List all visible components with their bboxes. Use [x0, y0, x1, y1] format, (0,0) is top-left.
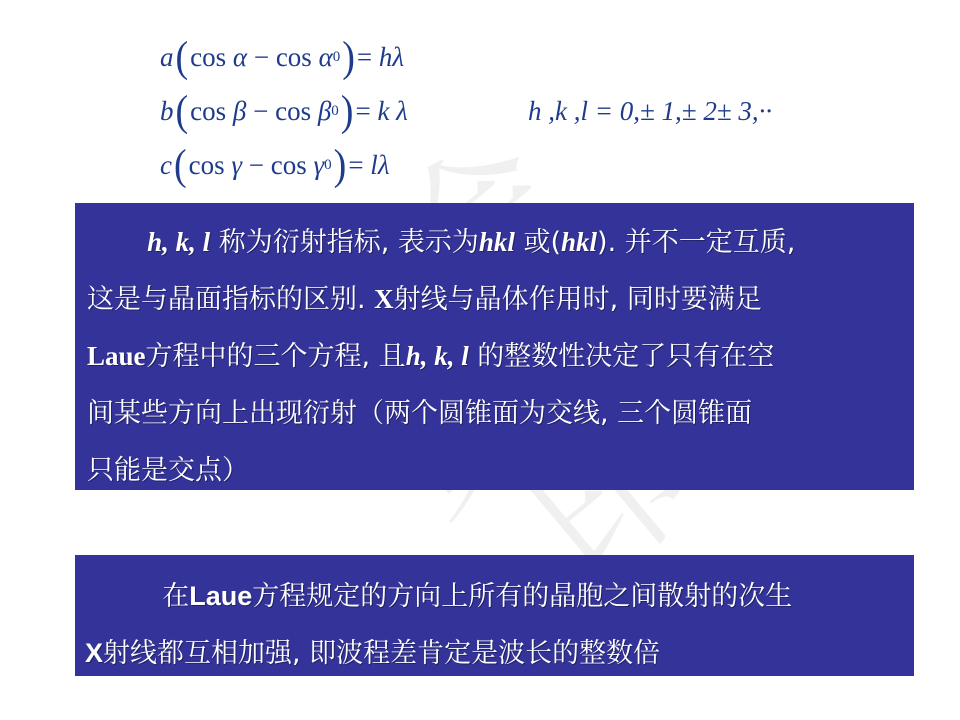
equation-c: c ( cos γ − cos γ0 ) = lλ — [160, 138, 408, 192]
cos-label: cos — [275, 84, 311, 138]
explanation-box: h, k, l 称为衍射指标, 表示为hkl 或(hkl). 并不一定互质, 这… — [75, 203, 914, 490]
coef-b: b — [160, 84, 174, 138]
equals: = — [357, 30, 372, 84]
hkl-notation: hkl — [479, 227, 515, 257]
left-paren: ( — [176, 26, 189, 88]
lambda: λ — [392, 30, 404, 84]
text-segment: ). 并不一定互质, — [597, 227, 795, 258]
text-segment: 的整数性决定了只有在空 — [469, 341, 775, 372]
explanation-paragraph: h, k, l 称为衍射指标, 表示为hkl 或(hkl). 并不一定互质, 这… — [87, 214, 900, 499]
index-l: l — [370, 138, 378, 192]
text-segment: 射线都互相加强, 即波程差肯定是波长的整数倍 — [103, 638, 660, 669]
left-paren: ( — [174, 134, 187, 196]
angle-beta: β — [233, 84, 246, 138]
text-segment: 称为衍射指标, 表示为 — [210, 227, 479, 258]
indices-text: h ,k ,l = 0,± 1,± 2± 3,·· — [528, 96, 772, 126]
x-ray-x: X — [85, 638, 103, 668]
index-k: k — [377, 84, 389, 138]
hkl-italic: h, k, l — [406, 341, 469, 371]
coef-c: c — [160, 138, 172, 192]
coef-a: a — [160, 30, 174, 84]
paragraph-line-1: 在Laue方程规定的方向上所有的晶胞之间散射的次生 — [85, 568, 900, 625]
paragraph-line-2: X射线都互相加强, 即波程差肯定是波长的整数倍 — [85, 625, 900, 682]
conclusion-box: 在Laue方程规定的方向上所有的晶胞之间散射的次生 X射线都互相加强, 即波程差… — [75, 555, 914, 676]
angle-alpha0: α — [319, 30, 333, 84]
angle-alpha: α — [233, 30, 247, 84]
minus: − — [253, 84, 268, 138]
equals: = — [348, 138, 363, 192]
lambda: λ — [378, 138, 390, 192]
angle-gamma0: γ — [314, 138, 325, 192]
text-segment: 射线与晶体作用时, 同时要满足 — [394, 284, 762, 315]
angle-beta0: β — [318, 84, 331, 138]
hkl-paren-notation: hkl — [561, 227, 597, 257]
cos-label: cos — [276, 30, 312, 84]
right-paren: ) — [341, 80, 354, 142]
paragraph-line-3: Laue方程中的三个方程, 且h, k, l 的整数性决定了只有在空 — [87, 328, 900, 385]
text-segment: 方程规定的方向上所有的晶胞之间散射的次生 — [252, 581, 792, 612]
subscript-zero: 0 — [331, 84, 339, 138]
lambda: λ — [396, 84, 408, 138]
paragraph-line-2: 这是与晶面指标的区别. X射线与晶体作用时, 同时要满足 — [87, 271, 900, 328]
right-paren: ) — [342, 26, 355, 88]
cos-label: cos — [190, 30, 226, 84]
hkl-italic: h, k, l — [147, 227, 210, 257]
subscript-zero: 0 — [333, 30, 341, 84]
minus: − — [249, 138, 264, 192]
equation-b: b ( cos β − cos β0 ) = k λ — [160, 84, 408, 138]
conclusion-paragraph: 在Laue方程规定的方向上所有的晶胞之间散射的次生 X射线都互相加强, 即波程差… — [85, 568, 900, 682]
cos-label: cos — [190, 84, 226, 138]
laue-equations: a ( cos α − cos α0 ) = hλ b ( cos β − co… — [160, 30, 408, 192]
cos-label: cos — [189, 138, 225, 192]
angle-gamma: γ — [231, 138, 242, 192]
paragraph-line-1: h, k, l 称为衍射指标, 表示为hkl 或(hkl). 并不一定互质, — [87, 214, 900, 271]
text-segment: 或( — [515, 227, 561, 258]
paragraph-line-5: 只能是交点） — [87, 442, 900, 499]
left-paren: ( — [176, 80, 189, 142]
text-segment: 这是与晶面指标的区别. — [87, 284, 374, 315]
text-segment: 在 — [162, 581, 189, 612]
subscript-zero: 0 — [324, 138, 332, 192]
paragraph-line-4: 间某些方向上出现衍射（两个圆锥面为交线, 三个圆锥面 — [87, 385, 900, 442]
equation-a: a ( cos α − cos α0 ) = hλ — [160, 30, 408, 84]
laue-word: Laue — [87, 341, 146, 371]
minus: − — [254, 30, 269, 84]
x-ray-x: X — [374, 284, 394, 314]
laue-word: Laue — [189, 581, 252, 611]
text-segment: 方程中的三个方程, 且 — [146, 341, 406, 372]
indices-condition: h ,k ,l = 0,± 1,± 2± 3,·· — [528, 84, 772, 138]
cos-label: cos — [271, 138, 307, 192]
right-paren: ) — [334, 134, 347, 196]
equals: = — [355, 84, 370, 138]
index-h: h — [379, 30, 393, 84]
